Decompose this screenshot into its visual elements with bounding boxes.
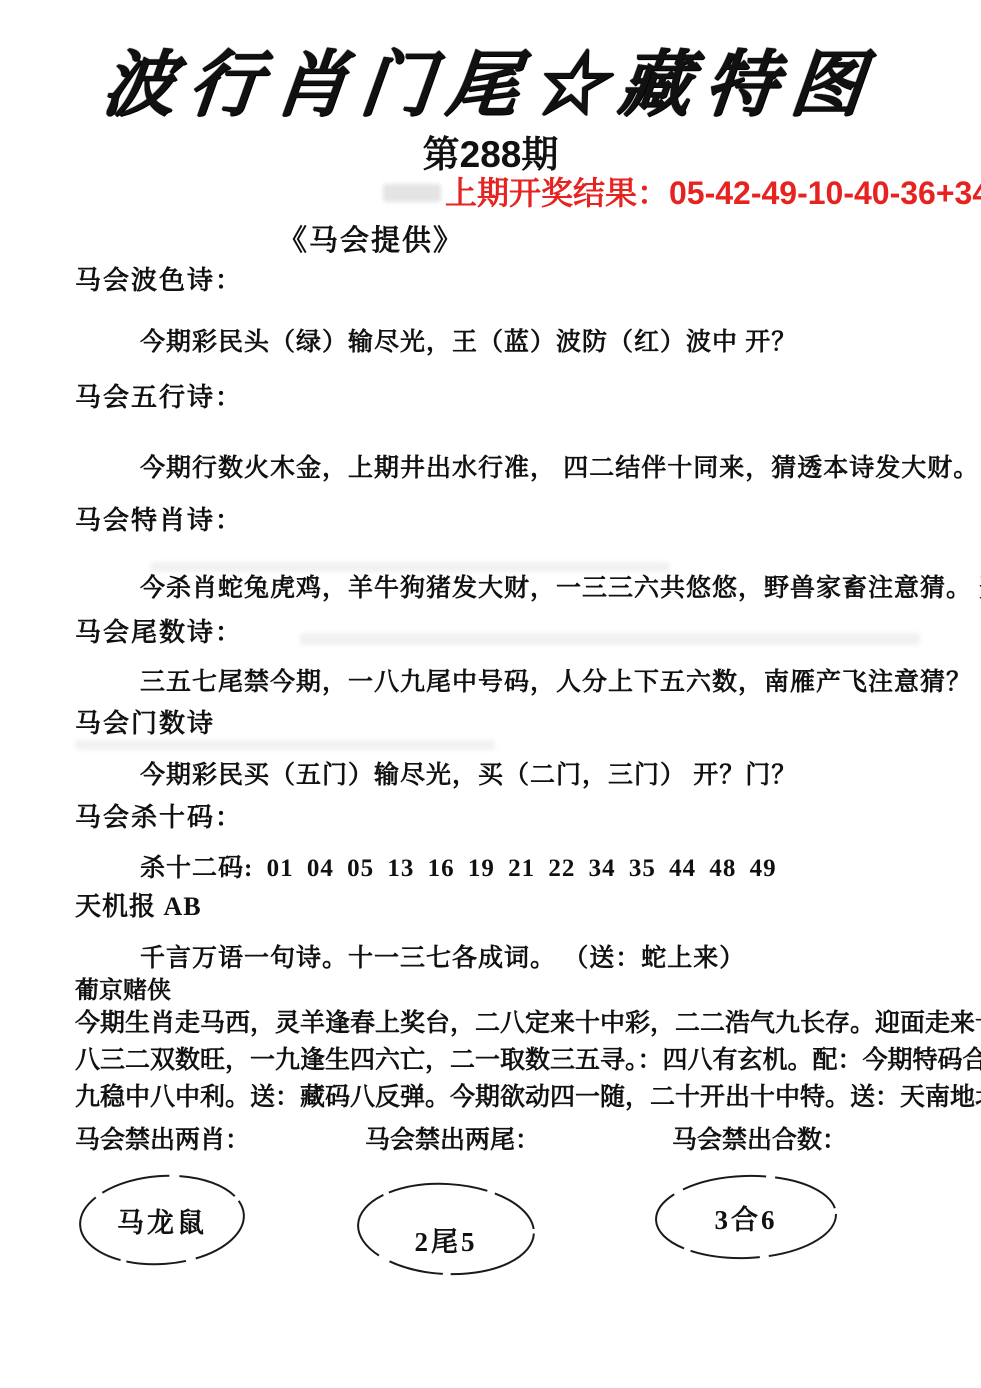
lottery-tip-sheet: 波行肖门尾☆藏特图 第288期 上期开奖结果：05-42-49-10-40-36… <box>0 0 981 1388</box>
scan-artifact <box>383 184 441 202</box>
pujing-line-2: 八三二双数旺，一九逢生四六亡，二一取数三五寻。：四八有玄机。配：今期特码合数出，… <box>75 1040 955 1076</box>
poem-weishu: 三五七尾禁今期，一八九尾中号码，人分上下五六数，南雁产飞注意猜？ <box>140 662 972 698</box>
poem-tianji: 千言万语一句诗。十一三七各成词。 （送：蛇上来） <box>140 938 745 974</box>
section-label-texiao: 马会特肖诗： <box>75 500 243 537</box>
forbidden-tail-oval: 2尾5 <box>354 1180 538 1278</box>
section-label-menshu: 马会门数诗 <box>75 703 215 740</box>
page-title: 波行肖门尾☆藏特图 <box>0 26 981 130</box>
scan-artifact <box>300 633 920 645</box>
section-label-bose: 马会波色诗： <box>75 260 243 297</box>
forbidden-sum-label: 马会禁出合数： <box>672 1120 847 1156</box>
scan-artifact <box>75 740 495 750</box>
forbidden-zodiac-label: 马会禁出两肖： <box>75 1120 250 1156</box>
section-label-weishu: 马会尾数诗： <box>75 612 243 649</box>
forbidden-sum-oval: 3合6 <box>652 1172 840 1262</box>
pujing-heading: 葡京赌侠 <box>75 970 171 1005</box>
forbidden-zodiac-value: 马龙鼠 <box>76 1172 248 1268</box>
section-label-tianji: 天机报 AB <box>75 886 202 923</box>
last-draw-result: 上期开奖结果：05-42-49-10-40-36+34 <box>445 168 981 214</box>
section-label-shama: 马会杀十码： <box>75 797 243 834</box>
pujing-line-1: 今期生肖走马西，灵羊逢春上奖台，二八定来十中彩，二二浩气九长存。迎面走来十三人，… <box>75 1003 955 1039</box>
provider-heading: 《马会提供》 <box>278 218 464 259</box>
forbidden-tail-label: 马会禁出两尾： <box>365 1120 540 1156</box>
forbidden-sum-value: 3合6 <box>652 1172 840 1262</box>
poem-shama: 杀十二码: 01 04 05 13 16 19 21 22 34 35 44 4… <box>140 848 777 884</box>
poem-bose: 今期彩民头（绿）输尽光，王（蓝）波防（红）波中 开？ <box>140 322 797 358</box>
section-label-wuxing: 马会五行诗： <box>75 377 243 414</box>
poem-wuxing: 今期行数火木金，上期井出水行准， 四二结伴十同来，猜透本诗发大财。 解（？） <box>140 448 981 484</box>
forbidden-tail-value: 2尾5 <box>354 1180 538 1288</box>
poem-menshu: 今期彩民买（五门）输尽光，买（二门，三门） 开？门？ <box>140 755 797 791</box>
forbidden-zodiac-oval: 马龙鼠 <box>76 1172 248 1268</box>
pujing-line-3: 九稳中八中利。送：藏码八反弹。今期欲动四一随，二十开出十中特。送：天南地北合数出 <box>75 1077 955 1113</box>
poem-texiao: 今杀肖蛇兔虎鸡，羊牛狗猪发大财，一三三六共悠悠，野兽家畜注意猜。 开？ <box>140 568 981 604</box>
